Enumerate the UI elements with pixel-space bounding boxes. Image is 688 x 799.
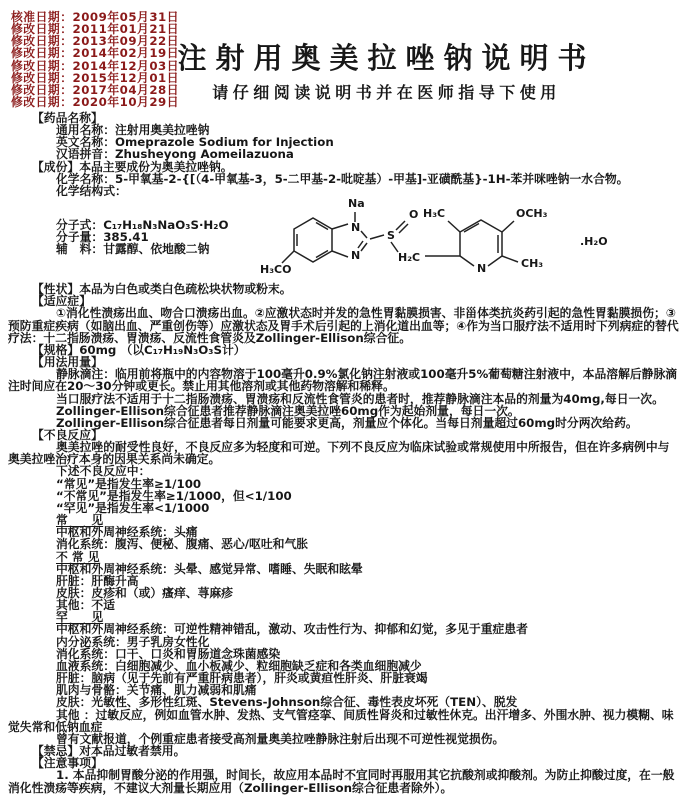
atom-label-n-pyridine: N xyxy=(477,262,486,275)
doc-line: 当口服疗法不适用于十二指肠溃疡、胃溃疡和反流性食管炎的患者时，推荐静脉滴注本品的… xyxy=(8,393,680,405)
atom-label-n1: N xyxy=(351,221,360,234)
doc-line: Zollinger-Ellison综合征患者推荐静脉滴注奥美拉唑60mg作为起始… xyxy=(8,405,680,417)
atom-label-h2c: H₂C xyxy=(398,251,420,264)
doc-line: 静脉滴注：临用前将瓶中的内容物溶于100毫升0.9%氯化钠注射液或100毫升5%… xyxy=(8,368,680,392)
hydrate-label: .H₂O xyxy=(580,235,608,248)
section-strength: 【规格】60mg （以C₁₇H₁₉N₃O₃S计） xyxy=(8,344,680,356)
doc-line: 下述不良反应中： xyxy=(8,465,680,477)
molecular-info-line: 辅 料：甘露醇、依地酸二钠 xyxy=(8,243,260,255)
atom-label-o: O xyxy=(409,208,418,221)
insert-header: 核准日期：2009年05月31日修改日期：2011年01月21日修改日期：201… xyxy=(8,8,680,112)
molecular-info: 分子式：C₁₇H₁₈N₃NaO₃S·H₂O分子量：385.41辅 料：甘露醇、依… xyxy=(8,197,260,283)
doc-line: 其他 ：过敏反应，例如血管水肿、发热、支气管痉挛、间质性肾炎和过敏性休克。出汗增… xyxy=(8,709,680,733)
body-section-bottom: 【性状】本品为白色或类白色疏松块状物或粉末。【适应症】①消化性溃疡出血、吻合口溃… xyxy=(8,283,680,794)
chemical-structure-diagram: Na N N H₃CO S O H₂C N H₃C OCH₃ xyxy=(260,193,664,283)
doc-line: 中枢和外周神经系统：可逆性精神错乱，激动、攻击性行为、抑郁和幻觉，多见于重症患者 xyxy=(8,623,680,635)
group-uncommon: 不 常 见 xyxy=(8,551,680,563)
section-properties: 【性状】本品为白色或类白色疏松块状物或粉末。 xyxy=(8,283,680,295)
package-insert-page: 核准日期：2009年05月31日修改日期：2011年01月21日修改日期：201… xyxy=(0,0,688,799)
doc-line: “罕见”是指发生率<1/1000 xyxy=(8,502,680,514)
doc-line: Zollinger-Ellison综合征患者每日剂量可能要求更高，剂量应个体化。… xyxy=(8,417,680,429)
molecular-block: 分子式：C₁₇H₁₈N₃NaO₃S·H₂O分子量：385.41辅 料：甘露醇、依… xyxy=(8,197,680,283)
doc-line: ①消化性溃疡出血、吻合口溃疡出血。②应激状态时并发的急性胃黏膜损害、非甾体类抗炎… xyxy=(8,307,680,343)
doc-line: 1. 本品抑制胃酸分泌的作用强，时间长，故应用本品时不宜同时再服用其它抗酸剂或抑… xyxy=(8,769,680,793)
atom-label-n3: N xyxy=(351,249,360,262)
section-contraindications: 【禁忌】对本品过敏者禁用。 xyxy=(8,745,680,757)
atom-label-h3co: H₃CO xyxy=(260,263,291,276)
title-block: 注射用奥美拉唑钠说明书 请仔细阅读说明书并在医师指导下使用 xyxy=(93,36,680,103)
atom-label-och3: OCH₃ xyxy=(516,207,548,220)
page-title: 注射用奥美拉唑钠说明书 xyxy=(93,36,680,77)
doc-line: 内分泌系统：男子乳房女性化 xyxy=(8,636,680,648)
doc-line: 汉语拼音：Zhusheyong Aomeilazuona xyxy=(8,148,680,160)
atom-label-s: S xyxy=(387,229,395,242)
doc-line: 奥美拉唑的耐受性良好，不良反应多为轻度和可逆。下列不良反应为临床试验或常规使用中… xyxy=(8,441,680,465)
atom-label-h3c: H₃C xyxy=(423,207,445,220)
body-section-top: 【药品名称】通用名称：注射用奥美拉唑钠英文名称：Omeprazole Sodiu… xyxy=(8,112,680,197)
doc-line: “常见”是指发生率≥1/100 xyxy=(8,478,680,490)
section-composition: 【成份】本品主要成份为奥美拉唑钠。 xyxy=(8,161,680,173)
doc-line: 其他：不适 xyxy=(8,599,680,611)
doc-line: 消化系统：腹泻、便秘、腹痛、恶心/呕吐和气胀 xyxy=(8,538,680,550)
doc-line: 皮肤：光敏性、多形性红斑、Stevens-Johnson综合征、毒性表皮坏死（T… xyxy=(8,696,680,708)
atom-label-na: Na xyxy=(348,197,365,210)
atom-label-ch3: CH₃ xyxy=(521,257,543,270)
page-subtitle: 请仔细阅读说明书并在医师指导下使用 xyxy=(93,80,680,103)
